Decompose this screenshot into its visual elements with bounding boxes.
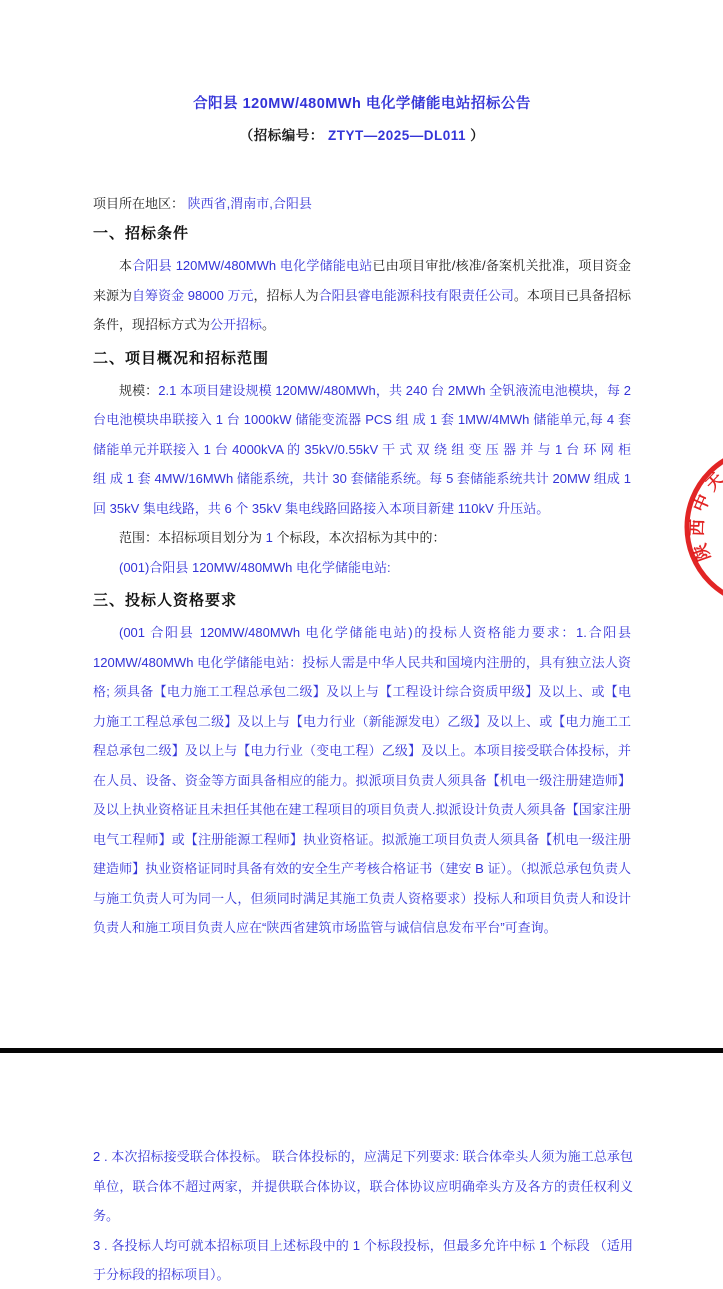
page-one-content: 合阳县 120MW/480MWh 电化学储能电站招标公告 （招标编号： ZTYT… xyxy=(93,92,631,943)
paragraph: 本合阳县 120MW/480MWh 电化学储能电站已由项目审批/核准/备案机关批… xyxy=(93,251,631,340)
paragraph: (001 合阳县 120MW/480MWh 电化学储能电站)的投标人资格能力要求… xyxy=(93,618,631,943)
svg-text:陕西中天昊: 陕西中天昊 xyxy=(688,452,723,564)
text-segment: 本 xyxy=(119,258,132,273)
document-page: 合阳县 120MW/480MWh 电化学储能电站招标公告 （招标编号： ZTYT… xyxy=(0,0,723,1289)
paragraph: 3 . 各投标人均可就本招标项目上述标段中的 1 个标段投标，但最多允许中标 1… xyxy=(93,1231,633,1289)
page-two-content: 2 . 本次招标接受联合体投标。 联合体投标的，应满足下列要求: 联合体牵头人须… xyxy=(93,1142,633,1289)
text-segment: 个标段，本次招标为其中的： xyxy=(273,530,446,545)
text-segment: 规模： xyxy=(119,383,158,398)
seal-circle-icon: 陕西中天昊 xyxy=(677,438,723,616)
text-segment: ，招标人为 xyxy=(254,288,319,303)
text-segment: 合阳县 120MW/480MWh 电化学储能电站 xyxy=(132,258,372,273)
sections-container: 一、招标条件本合阳县 120MW/480MWh 电化学储能电站已由项目审批/核准… xyxy=(93,222,631,943)
company-seal-stamp: 陕西中天昊 xyxy=(677,438,723,616)
text-segment: 3 . 各投标人均可就本招标项目上述标段中的 1 个标段投标，但最多允许中标 1… xyxy=(93,1238,633,1283)
paragraph: 规模：2.1 本项目建设规模 120MW/480MWh，共 240 台 2MWh… xyxy=(93,376,631,524)
text-segment: 2.1 本项目建设规模 120MW/480MWh，共 240 台 2MWh 全钒… xyxy=(93,383,631,516)
tender-number-prefix: （招标编号： xyxy=(240,128,324,143)
text-segment: 。 xyxy=(262,317,275,332)
text-segment: 范围：本招标项目划分为 xyxy=(119,530,266,545)
text-segment: 公开招标 xyxy=(210,317,262,332)
text-segment: (001 合阳县 120MW/480MWh 电化学储能电站)的投标人资格能力要求… xyxy=(93,625,631,935)
section-heading: 三、投标人资格要求 xyxy=(93,589,631,613)
project-location-label: 项目所在地区： xyxy=(93,196,184,211)
tender-number-line: （招标编号： ZTYT—2025—DL011 ） xyxy=(93,124,631,144)
section-heading: 二、项目概况和招标范围 xyxy=(93,347,631,371)
paragraph: 范围：本招标项目划分为 1 个标段，本次招标为其中的： xyxy=(93,523,631,553)
tender-number-value: ZTYT—2025—DL011 xyxy=(328,128,466,143)
text-segment: 合阳县睿电能源科技有限责任公司 xyxy=(319,288,514,303)
section-heading: 一、招标条件 xyxy=(93,222,631,246)
text-segment: 2 . 本次招标接受联合体投标。 联合体投标的，应满足下列要求: 联合体牵头人须… xyxy=(93,1149,633,1223)
project-location-line: 项目所在地区： 陕西省,渭南市,合阳县 xyxy=(93,193,631,215)
paragraph: 2 . 本次招标接受联合体投标。 联合体投标的，应满足下列要求: 联合体牵头人须… xyxy=(93,1142,633,1231)
seal-arc-text: 陕西中天昊 xyxy=(688,452,723,564)
tender-number-suffix: ） xyxy=(470,128,484,143)
text-segment: (001)合阳县 120MW/480MWh 电化学储能电站: xyxy=(119,560,391,575)
text-segment: 自筹资金 98000 万元 xyxy=(132,288,254,303)
text-segment: 1 xyxy=(266,530,273,545)
document-title: 合阳县 120MW/480MWh 电化学储能电站招标公告 xyxy=(93,92,631,113)
paragraph: (001)合阳县 120MW/480MWh 电化学储能电站: xyxy=(93,553,631,583)
page-separator xyxy=(0,1048,723,1053)
project-location-value: 陕西省,渭南市,合阳县 xyxy=(188,196,312,211)
